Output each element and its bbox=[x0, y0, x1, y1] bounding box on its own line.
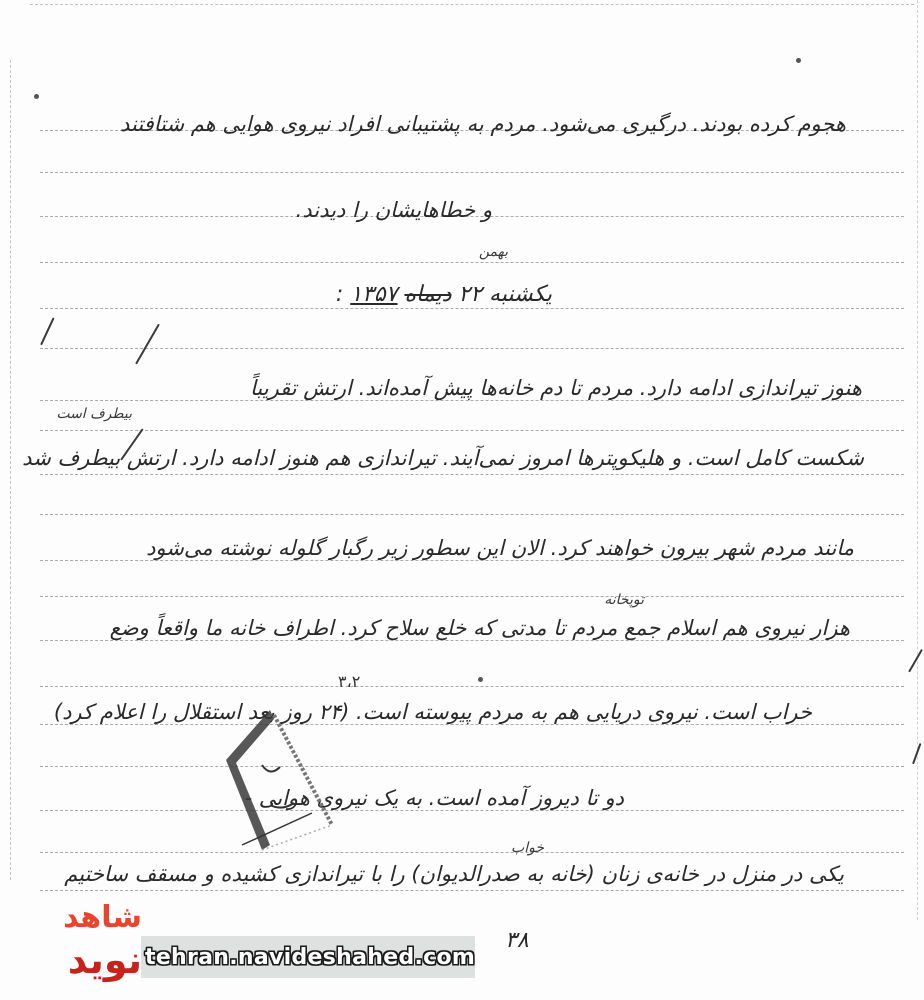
handwritten-line: و خطاهایشان را دیدند. bbox=[296, 198, 492, 222]
margin-number: ۳،۲ bbox=[338, 672, 360, 691]
handwritten-line: هزار نیروی هم اسلام جمع مردم تا مدتی که … bbox=[110, 616, 850, 640]
date-month-crossed: دیماه bbox=[405, 282, 452, 307]
ruled-line bbox=[40, 852, 904, 853]
ruled-line bbox=[40, 810, 904, 811]
ruled-line bbox=[40, 724, 904, 725]
stamp-mark bbox=[222, 705, 342, 855]
ruled-line bbox=[40, 172, 904, 173]
page-top-edge bbox=[30, 4, 914, 5]
ruled-line bbox=[40, 348, 904, 349]
ruled-line bbox=[40, 262, 904, 263]
navideshahed-logo: شاهد نوید bbox=[28, 900, 146, 990]
ruled-line bbox=[40, 400, 904, 401]
handwritten-line: شکست کامل است. و هلیکوپترها امروز نمی‌آی… bbox=[22, 446, 864, 470]
interlinear-note: توپخانه bbox=[604, 592, 644, 608]
date-day: یکشنبه ۲۲ bbox=[458, 282, 552, 307]
logo-word-navid: نوید bbox=[68, 938, 142, 982]
right-margin-line bbox=[917, 0, 918, 920]
watermark-url: tehran.navideshahed.com bbox=[145, 945, 475, 970]
date-year: ۱۳۵۷ bbox=[350, 282, 397, 307]
stamp-bracket-icon bbox=[222, 705, 342, 855]
ruled-line bbox=[40, 596, 904, 597]
ruled-line bbox=[40, 308, 904, 309]
pen-stroke bbox=[40, 317, 54, 345]
handwritten-line: یکی در منزل در خانه‌ی زنان (خانه به صدرا… bbox=[64, 862, 844, 886]
watermark-url-bar: tehran.navideshahed.com bbox=[141, 936, 475, 978]
ink-dot bbox=[478, 677, 483, 682]
ruled-line bbox=[40, 560, 904, 561]
date-suffix: : bbox=[336, 282, 343, 307]
month-correction: بهمن bbox=[479, 244, 508, 260]
ruled-line bbox=[40, 640, 904, 641]
ruled-line bbox=[40, 686, 904, 687]
ruled-line bbox=[40, 514, 904, 515]
ruled-line bbox=[40, 890, 904, 891]
margin-note: بیطرف است bbox=[56, 406, 132, 422]
pen-stroke bbox=[908, 649, 923, 673]
ruled-line bbox=[40, 474, 904, 475]
diary-date-heading: یکشنبه ۲۲ دیماه ۱۳۵۷ : bbox=[336, 282, 552, 307]
handwritten-line: هجوم کرده بودند. درگیری می‌شود. مردم به … bbox=[66, 112, 846, 136]
left-margin-line bbox=[10, 60, 11, 880]
scanned-document-page: هجوم کرده بودند. درگیری می‌شود. مردم به … bbox=[0, 0, 924, 1000]
pen-stroke bbox=[135, 324, 160, 365]
interlinear-note: خواب bbox=[511, 840, 544, 856]
ruled-line bbox=[40, 766, 904, 767]
ruled-line bbox=[40, 430, 904, 431]
ink-dot bbox=[34, 94, 39, 99]
ink-dot bbox=[796, 58, 801, 63]
handwritten-line: مانند مردم شهر بیرون خواهند کرد. الان ای… bbox=[146, 536, 854, 560]
handwritten-line: هنوز تیراندازی ادامه دارد. مردم تا دم خا… bbox=[250, 376, 862, 400]
logo-word-shahed: شاهد bbox=[63, 900, 142, 935]
handwritten-line: خراب است. نیروی دریایی هم به مردم پیوسته… bbox=[54, 700, 812, 724]
page-number: ۳۸ bbox=[505, 928, 529, 953]
